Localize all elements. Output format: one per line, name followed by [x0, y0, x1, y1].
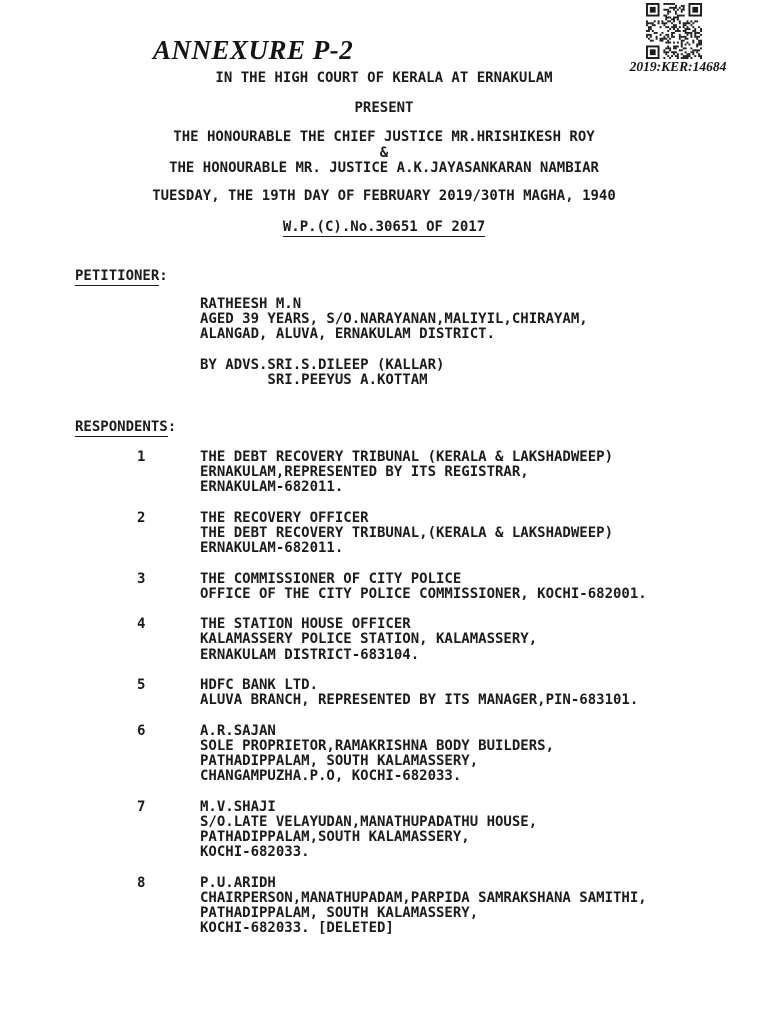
respondent-line: PATHADIPPALAM, SOUTH KALAMASSERY,: [200, 754, 768, 769]
respondent-line: A.R.SAJAN: [200, 724, 768, 739]
respondents-heading-colon: :: [168, 419, 176, 435]
court-name: IN THE HIGH COURT OF KERALA AT ERNAKULAM: [0, 71, 768, 86]
respondent-line: THE COMMISSIONER OF CITY POLICE: [200, 572, 768, 587]
respondent-number: 8: [137, 876, 145, 891]
counsel-line: BY ADVS.SRI.S.DILEEP (KALLAR): [200, 358, 444, 373]
respondent-line: ERNAKULAM DISTRICT-683104.: [200, 648, 768, 663]
judge-line: THE HONOURABLE MR. JUSTICE A.K.JAYASANKA…: [0, 161, 768, 177]
respondent-number: 4: [137, 617, 145, 632]
respondents-heading-text: RESPONDENTS: [75, 419, 168, 437]
present-label: PRESENT: [0, 101, 768, 116]
respondent-item: 1THE DEBT RECOVERY TRIBUNAL (KERALA & LA…: [0, 450, 768, 496]
respondent-details: P.U.ARIDHCHAIRPERSON,MANATHUPADAM,PARPID…: [200, 876, 768, 937]
respondent-line: P.U.ARIDH: [200, 876, 768, 891]
respondent-line: THE RECOVERY OFFICER: [200, 511, 768, 526]
respondent-item: 3THE COMMISSIONER OF CITY POLICEOFFICE O…: [0, 572, 768, 602]
respondent-number: 2: [137, 511, 145, 526]
petitioner-line: ALANGAD, ALUVA, ERNAKULAM DISTRICT.: [200, 327, 588, 342]
respondent-number: 3: [137, 572, 145, 587]
respondent-details: THE DEBT RECOVERY TRIBUNAL (KERALA & LAK…: [200, 450, 768, 496]
respondent-line: HDFC BANK LTD.: [200, 678, 768, 693]
respondent-number: 6: [137, 724, 145, 739]
respondent-number: 1: [137, 450, 145, 465]
respondent-item: 6A.R.SAJANSOLE PROPRIETOR,RAMAKRISHNA BO…: [0, 724, 768, 785]
petitioner-heading: PETITIONER:: [75, 269, 168, 284]
respondent-details: M.V.SHAJIS/O.LATE VELAYUDAN,MANATHUPADAT…: [200, 800, 768, 861]
respondent-item: 7M.V.SHAJIS/O.LATE VELAYUDAN,MANATHUPADA…: [0, 800, 768, 861]
petitioner-counsel: BY ADVS.SRI.S.DILEEP (KALLAR)SRI.PEEYUS …: [200, 358, 444, 388]
respondent-details: HDFC BANK LTD.ALUVA BRANCH, REPRESENTED …: [200, 678, 768, 708]
judge-line: &: [0, 146, 768, 162]
court-order-page: ANNEXURE P-2 2019:KER:14684 IN THE HIGH …: [0, 0, 768, 1024]
respondent-item: 2THE RECOVERY OFFICERTHE DEBT RECOVERY T…: [0, 511, 768, 557]
respondent-number: 7: [137, 800, 145, 815]
respondent-line: CHANGAMPUZHA.P.O, KOCHI-682033.: [200, 769, 768, 784]
respondent-line: KALAMASSERY POLICE STATION, KALAMASSERY,: [200, 632, 768, 647]
judges-block: THE HONOURABLE THE CHIEF JUSTICE MR.HRIS…: [0, 130, 768, 177]
respondent-item: 4THE STATION HOUSE OFFICERKALAMASSERY PO…: [0, 617, 768, 663]
petitioner-details: RATHEESH M.NAGED 39 YEARS, S/O.NARAYANAN…: [200, 297, 588, 343]
respondent-item: 5HDFC BANK LTD.ALUVA BRANCH, REPRESENTED…: [0, 678, 768, 708]
respondent-line: THE DEBT RECOVERY TRIBUNAL (KERALA & LAK…: [200, 450, 768, 465]
hearing-date: TUESDAY, THE 19TH DAY OF FEBRUARY 2019/3…: [0, 189, 768, 204]
respondent-line: ERNAKULAM-682011.: [200, 480, 768, 495]
respondent-details: A.R.SAJANSOLE PROPRIETOR,RAMAKRISHNA BOD…: [200, 724, 768, 785]
petitioner-heading-colon: :: [159, 268, 167, 284]
case-number-text: W.P.(C).No.30651 OF 2017: [283, 219, 485, 237]
respondent-line: OFFICE OF THE CITY POLICE COMMISSIONER, …: [200, 587, 768, 602]
respondent-number: 5: [137, 678, 145, 693]
respondent-item: 8P.U.ARIDHCHAIRPERSON,MANATHUPADAM,PARPI…: [0, 876, 768, 937]
judge-line: THE HONOURABLE THE CHIEF JUSTICE MR.HRIS…: [0, 130, 768, 146]
counsel-line: SRI.PEEYUS A.KOTTAM: [267, 373, 444, 388]
respondent-line: KOCHI-682033.: [200, 845, 768, 860]
respondent-line: ERNAKULAM-682011.: [200, 541, 768, 556]
respondent-line: S/O.LATE VELAYUDAN,MANATHUPADATHU HOUSE,: [200, 815, 768, 830]
case-number: W.P.(C).No.30651 OF 2017: [0, 220, 768, 235]
respondent-details: THE RECOVERY OFFICERTHE DEBT RECOVERY TR…: [200, 511, 768, 557]
respondents-heading: RESPONDENTS:: [75, 420, 176, 435]
qr-code-icon: [645, 3, 703, 59]
respondent-line: ALUVA BRANCH, REPRESENTED BY ITS MANAGER…: [200, 693, 768, 708]
annexure-label: ANNEXURE P-2: [153, 36, 353, 64]
petitioner-line: RATHEESH M.N: [200, 297, 588, 312]
respondent-details: THE STATION HOUSE OFFICERKALAMASSERY POL…: [200, 617, 768, 663]
respondent-line: M.V.SHAJI: [200, 800, 768, 815]
respondent-details: THE COMMISSIONER OF CITY POLICEOFFICE OF…: [200, 572, 768, 602]
petitioner-line: AGED 39 YEARS, S/O.NARAYANAN,MALIYIL,CHI…: [200, 312, 588, 327]
respondent-line: PATHADIPPALAM, SOUTH KALAMASSERY,: [200, 906, 768, 921]
petitioner-heading-text: PETITIONER: [75, 268, 159, 286]
respondent-line: THE STATION HOUSE OFFICER: [200, 617, 768, 632]
respondent-line: CHAIRPERSON,MANATHUPADAM,PARPIDA SAMRAKS…: [200, 891, 768, 906]
respondent-line: KOCHI-682033. [DELETED]: [200, 921, 768, 936]
respondents-list: 1THE DEBT RECOVERY TRIBUNAL (KERALA & LA…: [0, 450, 768, 952]
respondent-line: SOLE PROPRIETOR,RAMAKRISHNA BODY BUILDER…: [200, 739, 768, 754]
respondent-line: THE DEBT RECOVERY TRIBUNAL,(KERALA & LAK…: [200, 526, 768, 541]
respondent-line: PATHADIPPALAM,SOUTH KALAMASSERY,: [200, 830, 768, 845]
respondent-line: ERNAKULAM,REPRESENTED BY ITS REGISTRAR,: [200, 465, 768, 480]
